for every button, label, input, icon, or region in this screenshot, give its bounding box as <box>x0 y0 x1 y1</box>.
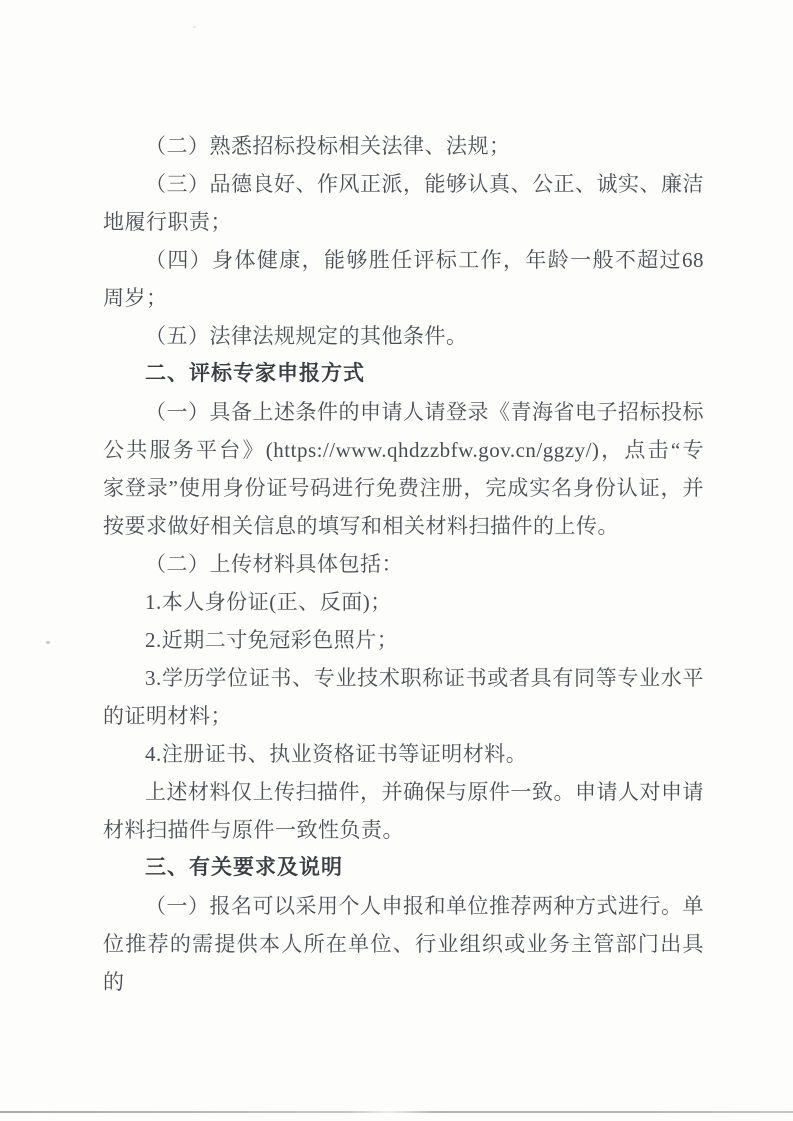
paragraph: 4.注册证书、执业资格证书等证明材料。 <box>103 735 704 773</box>
paragraph: 3.学历学位证书、专业技术职称证书或者具有同等专业水平的证明材料； <box>103 659 704 735</box>
section-heading: 二、评标专家申报方式 <box>103 355 704 393</box>
paragraph: 1.本人身份证(正、反面)； <box>103 583 704 621</box>
paragraph: （一）具备上述条件的申请人请登录《青海省电子招标投标公共服务平台》(https:… <box>103 393 704 545</box>
section-heading: 三、有关要求及说明 <box>103 849 704 887</box>
paragraph: 2.近期二寸免冠彩色照片； <box>103 621 704 659</box>
paragraph: （一）报名可以采用个人申报和单位推荐两种方式进行。单位推荐的需提供本人所在单位、… <box>103 887 704 1001</box>
paragraph: （三）品德良好、作风正派，能够认真、公正、诚实、廉洁地履行职责； <box>103 165 704 241</box>
page-bottom-edge-shadow <box>0 1111 793 1113</box>
paragraph: （二）上传材料具体包括： <box>103 545 704 583</box>
scan-speck <box>193 26 196 28</box>
document-body: （二）熟悉招标投标相关法律、法规；（三）品德良好、作风正派，能够认真、公正、诚实… <box>103 127 704 1001</box>
paragraph: 上述材料仅上传扫描件，并确保与原件一致。申请人对申请材料扫描件与原件一致性负责。 <box>103 773 704 849</box>
paragraph: （五）法律法规规定的其他条件。 <box>103 317 704 355</box>
paragraph: （四）身体健康，能够胜任评标工作，年龄一般不超过68周岁； <box>103 241 704 317</box>
scan-speck <box>46 641 50 644</box>
paragraph: （二）熟悉招标投标相关法律、法规； <box>103 127 704 165</box>
document-page: （二）熟悉招标投标相关法律、法规；（三）品德良好、作风正派，能够认真、公正、诚实… <box>0 0 793 1121</box>
